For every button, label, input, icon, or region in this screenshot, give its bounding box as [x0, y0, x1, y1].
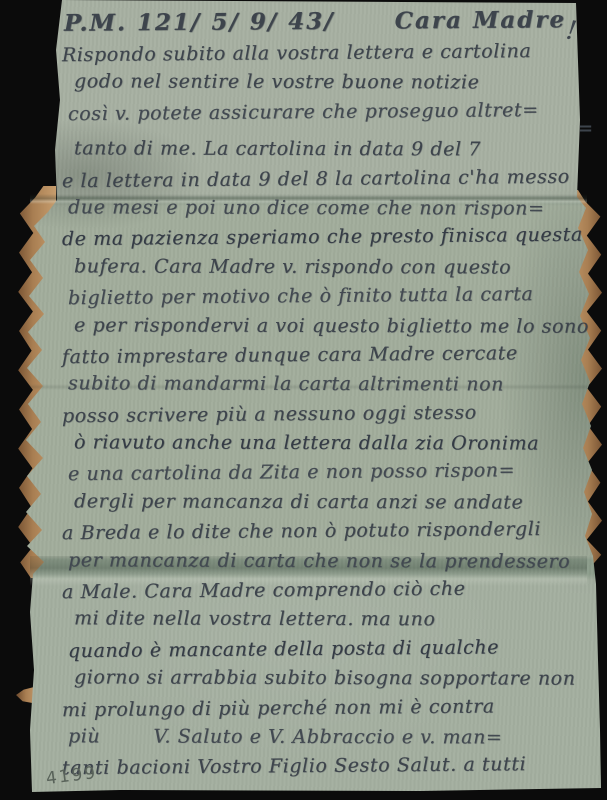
letter-line: e la lettera in data 9 del 8 la cartolin…: [54, 165, 584, 199]
letter-line: de ma pazienza speriamo che presto finis…: [54, 224, 584, 258]
letter-line: mi prolungo di più perché non mi è contr…: [54, 694, 584, 728]
letter-line: biglietto per motivo che ò finito tutta …: [54, 283, 584, 317]
letter-line: giorno si arrabbia subito bisogna soppor…: [54, 667, 584, 698]
letter-line: due mesi e poi uno dice come che non ris…: [54, 196, 584, 227]
letter-line: fatto imprestare dunque cara Madre cerca…: [54, 342, 584, 376]
letter-line: così v. potete assicurare che proseguo a…: [54, 98, 584, 132]
letter-body: Rispondo subito alla vostra lettera e ca…: [54, 42, 584, 785]
letter-line: più V. Saluto e V. Abbraccio e v. man=: [54, 725, 584, 756]
letter-line: e per rispondervi a voi questo biglietto…: [54, 314, 584, 345]
letter-line: mi dite nella vostra lettera. ma uno: [54, 608, 584, 639]
letter-line: ò riavuto anche una lettera dalla zia Or…: [54, 431, 584, 462]
letter-line: tanto di me. La cartolina in data 9 del …: [54, 137, 584, 168]
letter-line: dergli per mancanza di carta anzi se and…: [54, 490, 584, 521]
letter-line: godo nel sentire le vostre buone notizie: [54, 71, 584, 102]
scanned-letter-background: P.M. 121/ 5/ 9/ 43/ Cara Madre ! = Rispo…: [0, 0, 607, 800]
letter-line: a Male. Cara Madre comprendo ciò che: [54, 577, 584, 611]
letter-line: a Breda e lo dite che non ò potuto rispo…: [54, 518, 584, 552]
letter-line: bufera. Cara Madre v. rispondo con quest…: [54, 255, 584, 286]
letter-line: per mancanza di carta che non se la pren…: [54, 549, 584, 580]
letter-line: posso scrivere più a nessuno oggi stesso: [54, 400, 584, 434]
letter-line: e una cartolina da Zita e non posso risp…: [54, 459, 584, 493]
letter-heading: P.M. 121/ 5/ 9/ 43/ Cara Madre: [64, 6, 566, 37]
letter-line: Rispondo subito alla vostra lettera e ca…: [54, 40, 584, 74]
letter-line: quando è mancante della posta di qualche: [54, 636, 584, 670]
letter-line: subito di mandarmi la carta altrimenti n…: [54, 373, 584, 404]
handwriting-layer: P.M. 121/ 5/ 9/ 43/ Cara Madre ! = Rispo…: [0, 0, 607, 800]
letter-line: tanti bacioni Vostro Figlio Sesto Salut.…: [54, 753, 584, 787]
